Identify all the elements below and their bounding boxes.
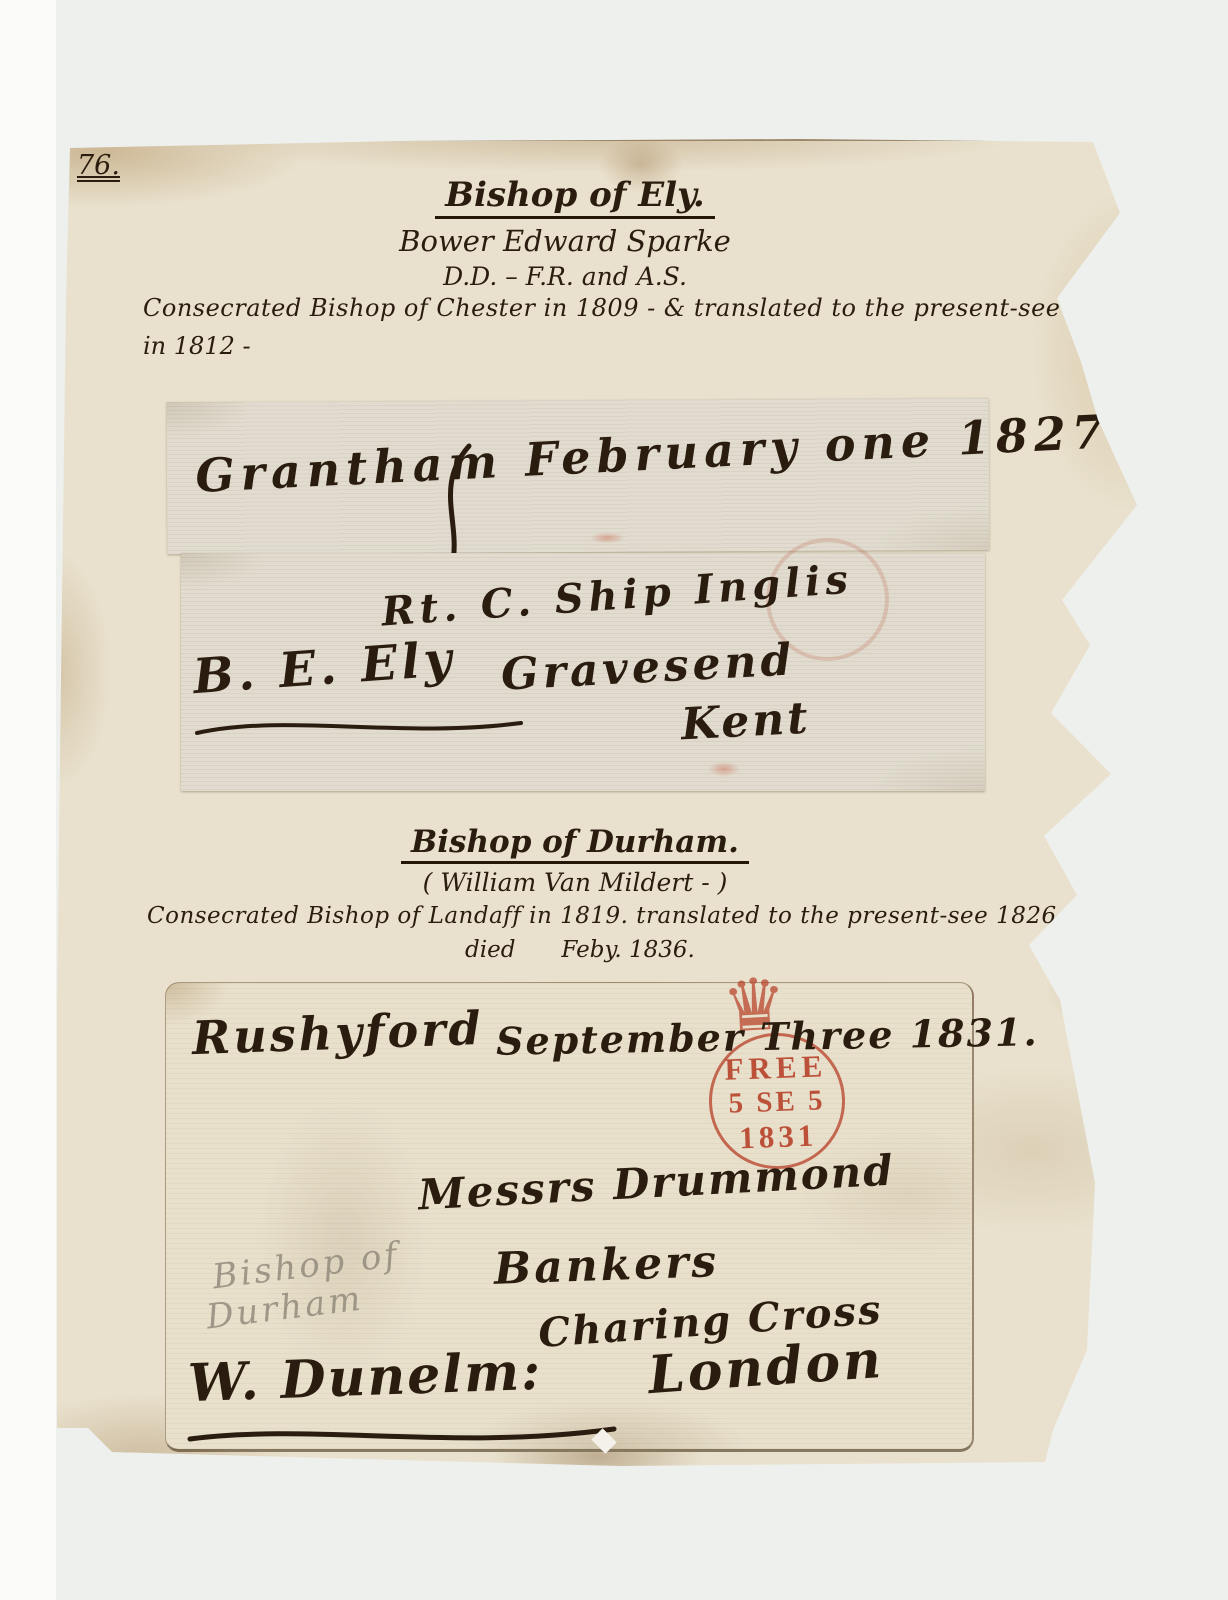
address-line: Messrs Drummond <box>417 1149 895 1218</box>
ely-name: Bower Edward Sparke <box>355 226 775 256</box>
page-number: 76. <box>77 152 120 180</box>
album-page: 76. Bishop of Ely. Bower Edward Sparke D… <box>55 138 1140 1470</box>
ely-bio-line2: in 1812 - <box>143 334 251 359</box>
durham-heading-text: Bishop of Durham. <box>401 826 749 864</box>
durham-name: ( William Van Mildert - ) <box>375 870 775 896</box>
scanned-document: 76. Bishop of Ely. Bower Edward Sparke D… <box>0 0 1228 1600</box>
ely-degrees: D.D. – F.R. and A.S. <box>375 264 755 290</box>
address-line: Bankers <box>493 1239 720 1293</box>
ely-signature: B. E. Ely <box>192 634 458 703</box>
durham-died-label: died <box>465 938 515 962</box>
frank-1831-date: September Three 1831. <box>496 1012 1039 1061</box>
durham-died-line: died Feby. 1836. <box>465 938 695 962</box>
durham-bio-line1: Consecrated Bishop of Landaff in 1819. t… <box>147 904 1064 928</box>
signature-flourish <box>189 711 529 741</box>
stamp-smudge <box>701 758 747 780</box>
durham-died-date: Feby. 1836. <box>561 938 694 962</box>
frank-1827-place: Gravesend <box>500 637 796 699</box>
ely-bio-line1: Consecrated Bishop of Chester in 1809 - … <box>143 296 1061 321</box>
frank-slip-address: Rt. C. Ship Inglis Gravesend B. E. Ely K… <box>181 553 985 791</box>
ely-heading-text: Bishop of Ely. <box>435 178 714 219</box>
durham-heading: Bishop of Durham. <box>385 826 765 864</box>
signature-flourish <box>184 1421 624 1449</box>
frank-1827-county: Kent <box>680 696 812 749</box>
ely-heading: Bishop of Ely. <box>375 178 775 219</box>
stamp-date-text: 5 SE 5 <box>712 1084 843 1122</box>
frank-1827-dateline: Grantham February one 1827 <box>194 407 1111 500</box>
stamp-smudge <box>582 530 632 546</box>
dunelm-signature: W. Dunelm: <box>187 1345 543 1412</box>
envelope-front: Rushyford September Three 1831. ♛ FREE 5… <box>165 982 974 1452</box>
frank-1831-place: Rushyford <box>191 1004 484 1062</box>
address-line: London <box>646 1333 885 1404</box>
frank-slip-dateline: Grantham February one 1827 <box>167 398 990 554</box>
